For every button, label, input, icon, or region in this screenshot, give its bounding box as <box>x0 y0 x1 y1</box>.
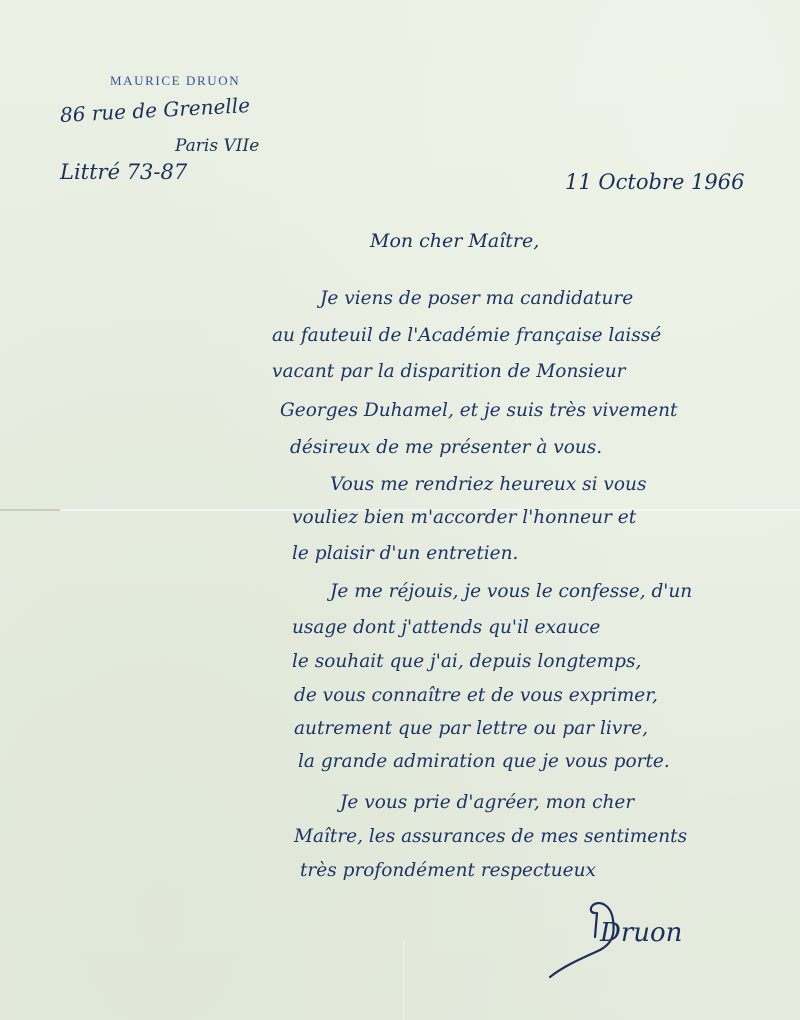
body-line: le souhait que j'ai, depuis longtemps, <box>292 651 641 672</box>
body-line: vacant par la disparition de Monsieur <box>272 361 625 382</box>
body-line: de vous connaître et de vous exprimer, <box>294 685 658 706</box>
body-line: très profondément respectueux <box>300 860 596 881</box>
body-line: la grande admiration que je vous porte. <box>298 751 670 772</box>
body-line: Je viens de poser ma candidature <box>320 288 633 309</box>
vertical-fold-crease <box>403 940 404 1020</box>
body-line: le plaisir d'un entretien. <box>292 543 518 564</box>
address-city: Paris VIIe <box>175 136 259 156</box>
body-line: vouliez bien m'accorder l'honneur et <box>292 507 636 528</box>
body-line: désireux de me présenter à vous. <box>290 437 602 458</box>
body-line: Je vous prie d'agréer, mon cher <box>340 792 634 813</box>
body-line: autrement que par lettre ou par livre, <box>294 718 648 739</box>
signature: Druon <box>600 918 682 948</box>
address-phone: Littré 73-87 <box>60 160 187 184</box>
body-line: Georges Duhamel, et je suis très vivemen… <box>280 400 677 421</box>
letter-date: 11 Octobre 1966 <box>565 170 744 194</box>
body-line: au fauteuil de l'Académie française lais… <box>272 325 661 346</box>
body-line: Je me réjouis, je vous le confesse, d'un <box>330 581 692 602</box>
body-line: Maître, les assurances de mes sentiments <box>294 826 687 847</box>
letterhead: MAURICE DRUON <box>110 73 240 89</box>
body-line: Vous me rendriez heureux si vous <box>330 474 646 495</box>
salutation: Mon cher Maître, <box>370 230 539 252</box>
body-line: usage dont j'attends qu'il exauce <box>292 617 600 638</box>
